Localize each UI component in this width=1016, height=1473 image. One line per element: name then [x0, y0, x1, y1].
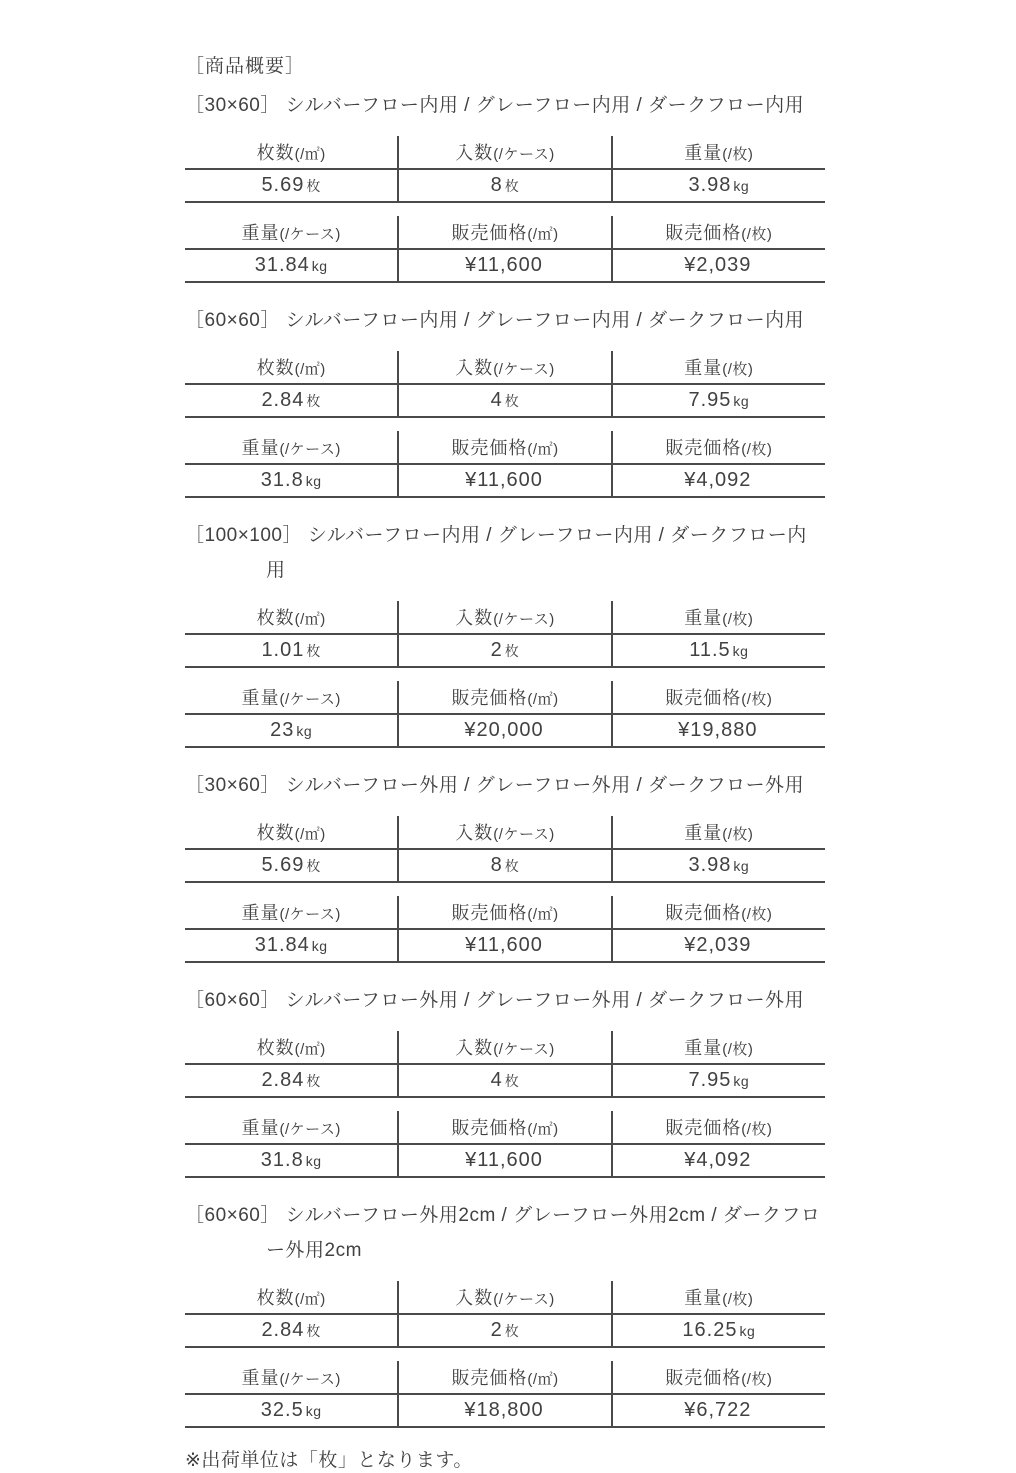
header-row: 枚数(/㎡) 入数(/ケース) 重量(/枚): [185, 351, 825, 384]
header-cell: 販売価格(/㎡): [398, 681, 611, 714]
value-row: 2.84枚 2枚 16.25kg: [185, 1314, 825, 1347]
header-label: 重量: [684, 608, 722, 628]
header-unit: (/㎡): [527, 441, 558, 458]
header-label: 枚数: [257, 823, 295, 843]
spec-table: 重量(/ケース) 販売価格(/㎡) 販売価格(/枚) 31.84kg ¥11,6…: [185, 216, 825, 283]
header-unit: (/㎡): [295, 826, 326, 843]
value-number: ¥19,880: [678, 719, 757, 741]
value-number: 2: [491, 1319, 503, 1341]
header-cell: 重量(/ケース): [185, 431, 398, 464]
value-unit: 枚: [306, 393, 321, 409]
header-label: 入数: [455, 1288, 493, 1308]
header-cell: 枚数(/㎡): [185, 601, 398, 634]
header-cell: 重量(/ケース): [185, 216, 398, 249]
header-label: 枚数: [257, 358, 295, 378]
value-row: 31.84kg ¥11,600 ¥2,039: [185, 929, 825, 962]
header-cell: 枚数(/㎡): [185, 816, 398, 849]
value-cell: 1.01枚: [185, 634, 398, 667]
header-label: 重量: [241, 1368, 279, 1388]
header-label: 販売価格: [665, 688, 741, 708]
header-label: 重量: [241, 903, 279, 923]
product-overview: ［商品概要］ ［30×60］ シルバーフロー内用 / グレーフロー内用 / ダー…: [185, 0, 825, 1473]
header-unit: (/枚): [722, 361, 753, 378]
value-cell: 2枚: [398, 634, 611, 667]
header-label: 販売価格: [451, 438, 527, 458]
value-number: ¥6,722: [684, 1399, 751, 1421]
value-number: 2.84: [261, 1069, 304, 1091]
header-cell: 販売価格(/㎡): [398, 896, 611, 929]
value-cell: 5.69枚: [185, 169, 398, 202]
header-unit: (/ケース): [279, 226, 340, 243]
header-label: 販売価格: [665, 1368, 741, 1388]
section-title: ［60×60］ シルバーフロー外用 / グレーフロー外用 / ダークフロー外用: [185, 983, 825, 1018]
value-number: ¥4,092: [684, 1149, 751, 1171]
header-unit: (/ケース): [279, 1371, 340, 1388]
value-cell: ¥11,600: [398, 249, 611, 282]
header-cell: 入数(/ケース): [398, 136, 611, 169]
value-row: 31.8kg ¥11,600 ¥4,092: [185, 464, 825, 497]
header-label: 重量: [241, 688, 279, 708]
value-unit: 枚: [306, 1073, 321, 1089]
header-unit: (/㎡): [527, 691, 558, 708]
header-unit: (/㎡): [295, 1041, 326, 1058]
header-unit: (/枚): [741, 226, 772, 243]
header-label: 枚数: [257, 1288, 295, 1308]
header-label: 販売価格: [665, 903, 741, 923]
value-number: 2.84: [261, 1319, 304, 1341]
value-row: 5.69枚 8枚 3.98kg: [185, 169, 825, 202]
value-cell: ¥19,880: [612, 714, 825, 747]
header-cell: 重量(/ケース): [185, 896, 398, 929]
header-cell: 重量(/枚): [612, 601, 825, 634]
value-cell: 31.84kg: [185, 929, 398, 962]
value-cell: 8枚: [398, 849, 611, 882]
header-cell: 販売価格(/枚): [612, 431, 825, 464]
value-unit: kg: [306, 473, 322, 489]
header-cell: 重量(/ケース): [185, 681, 398, 714]
header-row: 枚数(/㎡) 入数(/ケース) 重量(/枚): [185, 601, 825, 634]
section-title: ［100×100］ シルバーフロー内用 / グレーフロー内用 / ダークフロー内…: [185, 518, 825, 588]
header-label: 入数: [455, 823, 493, 843]
value-cell: ¥2,039: [612, 929, 825, 962]
value-number: 16.25: [682, 1319, 737, 1341]
value-number: 8: [491, 174, 503, 196]
header-cell: 販売価格(/㎡): [398, 431, 611, 464]
spec-table: 枚数(/㎡) 入数(/ケース) 重量(/枚) 1.01枚 2枚 11.5kg: [185, 601, 825, 668]
header-unit: (/㎡): [295, 146, 326, 163]
value-unit: 枚: [505, 858, 520, 874]
spec-table: 重量(/ケース) 販売価格(/㎡) 販売価格(/枚) 23kg ¥20,000 …: [185, 681, 825, 748]
header-row: 重量(/ケース) 販売価格(/㎡) 販売価格(/枚): [185, 681, 825, 714]
header-unit: (/ケース): [493, 361, 554, 378]
header-unit: (/㎡): [295, 361, 326, 378]
value-cell: 8枚: [398, 169, 611, 202]
header-cell: 枚数(/㎡): [185, 136, 398, 169]
value-row: 1.01枚 2枚 11.5kg: [185, 634, 825, 667]
header-label: 販売価格: [451, 223, 527, 243]
value-unit: kg: [733, 178, 749, 194]
section-title: ［30×60］ シルバーフロー内用 / グレーフロー内用 / ダークフロー内用: [185, 88, 825, 123]
header-label: 枚数: [257, 143, 295, 163]
value-number: ¥4,092: [684, 469, 751, 491]
value-cell: ¥4,092: [612, 464, 825, 497]
header-unit: (/ケース): [493, 146, 554, 163]
value-number: 3.98: [688, 174, 731, 196]
header-row: 重量(/ケース) 販売価格(/㎡) 販売価格(/枚): [185, 431, 825, 464]
product-section: ［30×60］ シルバーフロー外用 / グレーフロー外用 / ダークフロー外用 …: [185, 768, 825, 963]
value-unit: 枚: [505, 1323, 520, 1339]
header-unit: (/㎡): [527, 1121, 558, 1138]
header-unit: (/㎡): [527, 1371, 558, 1388]
value-number: 1.01: [261, 639, 304, 661]
value-unit: 枚: [306, 178, 321, 194]
value-cell: 2枚: [398, 1314, 611, 1347]
value-unit: kg: [306, 1403, 322, 1419]
header-unit: (/㎡): [527, 226, 558, 243]
header-unit: (/枚): [722, 826, 753, 843]
header-label: 重量: [684, 1288, 722, 1308]
value-number: 4: [491, 1069, 503, 1091]
header-label: 販売価格: [451, 688, 527, 708]
value-unit: kg: [733, 1073, 749, 1089]
header-cell: 重量(/枚): [612, 1281, 825, 1314]
value-cell: 2.84枚: [185, 1314, 398, 1347]
section-title: ［60×60］ シルバーフロー外用2cm / グレーフロー外用2cm / ダーク…: [185, 1198, 825, 1268]
value-number: 5.69: [261, 854, 304, 876]
header-unit: (/枚): [722, 1041, 753, 1058]
value-unit: 枚: [306, 643, 321, 659]
header-label: 販売価格: [451, 903, 527, 923]
header-unit: (/ケース): [493, 611, 554, 628]
header-cell: 入数(/ケース): [398, 601, 611, 634]
product-section: ［60×60］ シルバーフロー内用 / グレーフロー内用 / ダークフロー内用 …: [185, 303, 825, 498]
value-unit: kg: [312, 258, 328, 274]
value-number: 8: [491, 854, 503, 876]
value-cell: 31.8kg: [185, 1144, 398, 1177]
header-label: 販売価格: [451, 1118, 527, 1138]
value-number: ¥11,600: [465, 934, 543, 956]
value-number: ¥2,039: [684, 254, 751, 276]
value-number: 32.5: [261, 1399, 304, 1421]
value-number: 11.5: [689, 639, 730, 661]
value-unit: kg: [296, 723, 312, 739]
value-cell: 23kg: [185, 714, 398, 747]
header-cell: 販売価格(/㎡): [398, 1111, 611, 1144]
value-cell: 5.69枚: [185, 849, 398, 882]
value-cell: 2.84枚: [185, 384, 398, 417]
value-unit: 枚: [306, 1323, 321, 1339]
value-cell: ¥11,600: [398, 1144, 611, 1177]
value-number: 31.84: [255, 254, 310, 276]
product-section: ［60×60］ シルバーフロー外用2cm / グレーフロー外用2cm / ダーク…: [185, 1198, 825, 1428]
header-cell: 販売価格(/枚): [612, 216, 825, 249]
header-unit: (/㎡): [527, 906, 558, 923]
header-cell: 販売価格(/㎡): [398, 216, 611, 249]
header-unit: (/枚): [741, 691, 772, 708]
header-unit: (/枚): [741, 1371, 772, 1388]
value-unit: kg: [306, 1153, 322, 1169]
header-unit: (/枚): [741, 1121, 772, 1138]
section-list: ［30×60］ シルバーフロー内用 / グレーフロー内用 / ダークフロー内用 …: [185, 88, 825, 1428]
value-unit: 枚: [306, 858, 321, 874]
header-unit: (/ケース): [279, 691, 340, 708]
header-label: 入数: [455, 143, 493, 163]
header-unit: (/枚): [741, 906, 772, 923]
value-cell: ¥4,092: [612, 1144, 825, 1177]
value-number: ¥11,600: [465, 254, 543, 276]
value-cell: 7.95kg: [612, 384, 825, 417]
value-unit: kg: [739, 1323, 755, 1339]
value-number: 31.8: [261, 1149, 304, 1171]
value-unit: 枚: [505, 1073, 520, 1089]
header-cell: 入数(/ケース): [398, 816, 611, 849]
header-unit: (/枚): [722, 146, 753, 163]
header-label: 重量: [684, 1038, 722, 1058]
header-cell: 入数(/ケース): [398, 1281, 611, 1314]
header-label: 販売価格: [665, 1118, 741, 1138]
value-row: 31.84kg ¥11,600 ¥2,039: [185, 249, 825, 282]
value-row: 2.84枚 4枚 7.95kg: [185, 1064, 825, 1097]
value-row: 23kg ¥20,000 ¥19,880: [185, 714, 825, 747]
spec-table: 枚数(/㎡) 入数(/ケース) 重量(/枚) 2.84枚 4枚 7.95kg: [185, 1031, 825, 1098]
value-unit: kg: [312, 938, 328, 954]
header-cell: 重量(/ケース): [185, 1361, 398, 1394]
value-cell: 31.8kg: [185, 464, 398, 497]
value-number: 23: [270, 719, 294, 741]
header-label: 枚数: [257, 608, 295, 628]
product-section: ［100×100］ シルバーフロー内用 / グレーフロー内用 / ダークフロー内…: [185, 518, 825, 748]
value-number: ¥11,600: [465, 469, 543, 491]
value-unit: kg: [733, 643, 749, 659]
header-label: 販売価格: [665, 223, 741, 243]
header-row: 重量(/ケース) 販売価格(/㎡) 販売価格(/枚): [185, 1361, 825, 1394]
value-cell: 4枚: [398, 384, 611, 417]
value-cell: 7.95kg: [612, 1064, 825, 1097]
value-row: 2.84枚 4枚 7.95kg: [185, 384, 825, 417]
value-cell: 3.98kg: [612, 169, 825, 202]
spec-table: 重量(/ケース) 販売価格(/㎡) 販売価格(/枚) 31.8kg ¥11,60…: [185, 431, 825, 498]
header-row: 重量(/ケース) 販売価格(/㎡) 販売価格(/枚): [185, 1111, 825, 1144]
header-cell: 重量(/枚): [612, 136, 825, 169]
header-cell: 販売価格(/枚): [612, 681, 825, 714]
value-number: ¥11,600: [465, 1149, 543, 1171]
value-number: 31.84: [255, 934, 310, 956]
header-unit: (/ケース): [279, 441, 340, 458]
value-number: 5.69: [261, 174, 304, 196]
value-number: 2.84: [261, 389, 304, 411]
header-cell: 枚数(/㎡): [185, 351, 398, 384]
value-cell: 31.84kg: [185, 249, 398, 282]
value-unit: kg: [733, 393, 749, 409]
page-title: ［商品概要］: [185, 54, 825, 79]
header-unit: (/㎡): [295, 611, 326, 628]
value-cell: 11.5kg: [612, 634, 825, 667]
header-cell: 重量(/枚): [612, 816, 825, 849]
header-row: 枚数(/㎡) 入数(/ケース) 重量(/枚): [185, 136, 825, 169]
header-cell: 入数(/ケース): [398, 351, 611, 384]
value-row: 31.8kg ¥11,600 ¥4,092: [185, 1144, 825, 1177]
header-row: 重量(/ケース) 販売価格(/㎡) 販売価格(/枚): [185, 216, 825, 249]
value-unit: 枚: [505, 643, 520, 659]
value-number: ¥2,039: [684, 934, 751, 956]
value-unit: kg: [733, 858, 749, 874]
header-label: 重量: [241, 223, 279, 243]
header-cell: 重量(/枚): [612, 1031, 825, 1064]
section-title: ［60×60］ シルバーフロー内用 / グレーフロー内用 / ダークフロー内用: [185, 303, 825, 338]
header-label: 重量: [241, 438, 279, 458]
header-cell: 販売価格(/枚): [612, 1111, 825, 1144]
header-label: 入数: [455, 358, 493, 378]
spec-table: 枚数(/㎡) 入数(/ケース) 重量(/枚) 5.69枚 8枚 3.98kg: [185, 816, 825, 883]
header-unit: (/ケース): [279, 906, 340, 923]
header-cell: 枚数(/㎡): [185, 1281, 398, 1314]
header-unit: (/ケース): [493, 1291, 554, 1308]
section-title: ［30×60］ シルバーフロー外用 / グレーフロー外用 / ダークフロー外用: [185, 768, 825, 803]
product-section: ［60×60］ シルバーフロー外用 / グレーフロー外用 / ダークフロー外用 …: [185, 983, 825, 1178]
footnote: ※出荷単位は「枚」となります。: [185, 1448, 825, 1473]
spec-table: 枚数(/㎡) 入数(/ケース) 重量(/枚) 2.84枚 2枚 16.25kg: [185, 1281, 825, 1348]
spec-table: 重量(/ケース) 販売価格(/㎡) 販売価格(/枚) 32.5kg ¥18,80…: [185, 1361, 825, 1428]
header-cell: 販売価格(/枚): [612, 1361, 825, 1394]
header-cell: 販売価格(/㎡): [398, 1361, 611, 1394]
header-cell: 販売価格(/枚): [612, 896, 825, 929]
value-cell: ¥11,600: [398, 464, 611, 497]
header-unit: (/ケース): [493, 1041, 554, 1058]
value-number: 7.95: [688, 389, 731, 411]
value-cell: ¥11,600: [398, 929, 611, 962]
header-unit: (/枚): [722, 611, 753, 628]
header-label: 重量: [684, 143, 722, 163]
header-unit: (/㎡): [295, 1291, 326, 1308]
header-cell: 入数(/ケース): [398, 1031, 611, 1064]
header-row: 枚数(/㎡) 入数(/ケース) 重量(/枚): [185, 1031, 825, 1064]
value-cell: ¥20,000: [398, 714, 611, 747]
header-label: 入数: [455, 608, 493, 628]
header-label: 重量: [684, 358, 722, 378]
value-cell: 2.84枚: [185, 1064, 398, 1097]
value-unit: 枚: [505, 178, 520, 194]
header-row: 重量(/ケース) 販売価格(/㎡) 販売価格(/枚): [185, 896, 825, 929]
header-label: 販売価格: [665, 438, 741, 458]
spec-table: 重量(/ケース) 販売価格(/㎡) 販売価格(/枚) 31.8kg ¥11,60…: [185, 1111, 825, 1178]
header-unit: (/枚): [722, 1291, 753, 1308]
header-row: 枚数(/㎡) 入数(/ケース) 重量(/枚): [185, 816, 825, 849]
product-section: ［30×60］ シルバーフロー内用 / グレーフロー内用 / ダークフロー内用 …: [185, 88, 825, 283]
header-label: 重量: [241, 1118, 279, 1138]
value-row: 5.69枚 8枚 3.98kg: [185, 849, 825, 882]
value-cell: 32.5kg: [185, 1394, 398, 1427]
value-cell: 4枚: [398, 1064, 611, 1097]
value-unit: 枚: [505, 393, 520, 409]
value-number: 31.8: [261, 469, 304, 491]
header-unit: (/ケース): [493, 826, 554, 843]
header-unit: (/ケース): [279, 1121, 340, 1138]
value-number: ¥18,800: [464, 1399, 543, 1421]
header-label: 販売価格: [451, 1368, 527, 1388]
spec-table: 枚数(/㎡) 入数(/ケース) 重量(/枚) 2.84枚 4枚 7.95kg: [185, 351, 825, 418]
value-number: 4: [491, 389, 503, 411]
value-row: 32.5kg ¥18,800 ¥6,722: [185, 1394, 825, 1427]
value-number: 3.98: [688, 854, 731, 876]
value-number: 7.95: [688, 1069, 731, 1091]
value-number: ¥20,000: [464, 719, 543, 741]
header-cell: 重量(/ケース): [185, 1111, 398, 1144]
value-cell: 16.25kg: [612, 1314, 825, 1347]
header-unit: (/枚): [741, 441, 772, 458]
value-number: 2: [491, 639, 503, 661]
value-cell: ¥18,800: [398, 1394, 611, 1427]
header-cell: 枚数(/㎡): [185, 1031, 398, 1064]
value-cell: ¥6,722: [612, 1394, 825, 1427]
header-row: 枚数(/㎡) 入数(/ケース) 重量(/枚): [185, 1281, 825, 1314]
spec-table: 枚数(/㎡) 入数(/ケース) 重量(/枚) 5.69枚 8枚 3.98kg: [185, 136, 825, 203]
spec-table: 重量(/ケース) 販売価格(/㎡) 販売価格(/枚) 31.84kg ¥11,6…: [185, 896, 825, 963]
header-label: 重量: [684, 823, 722, 843]
value-cell: 3.98kg: [612, 849, 825, 882]
header-label: 入数: [455, 1038, 493, 1058]
header-cell: 重量(/枚): [612, 351, 825, 384]
value-cell: ¥2,039: [612, 249, 825, 282]
header-label: 枚数: [257, 1038, 295, 1058]
